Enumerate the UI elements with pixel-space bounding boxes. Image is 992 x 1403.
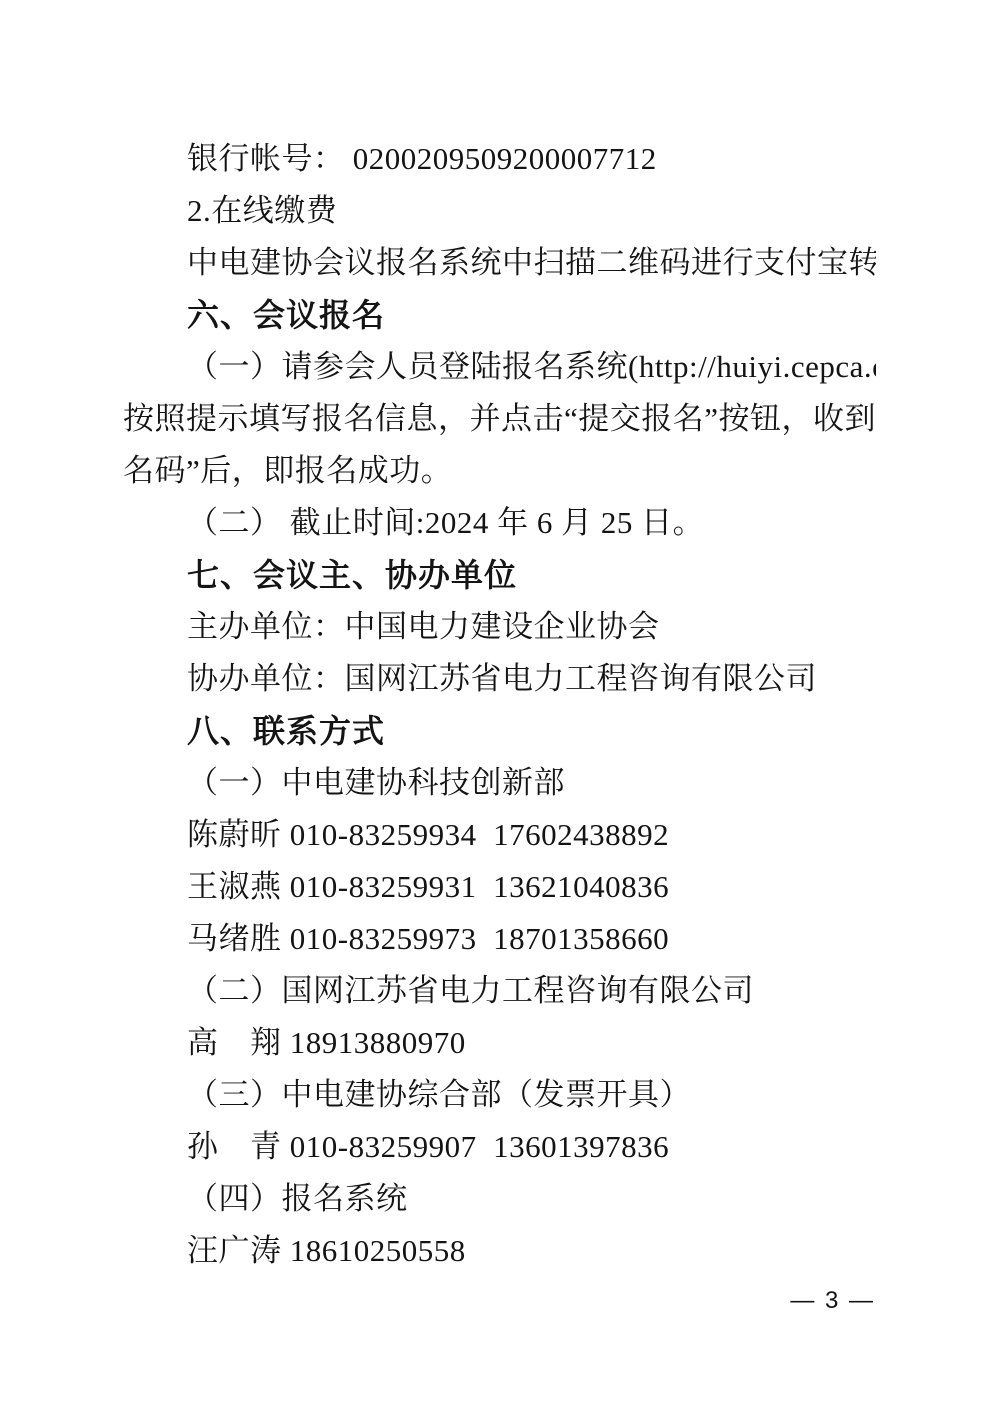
- bank-account-line: 银行帐号： 0200209509200007712: [123, 133, 876, 185]
- contact-group-2-title: （二）国网江苏省电力工程咨询有限公司: [123, 965, 876, 1017]
- page-footer: — 3 —: [790, 1286, 875, 1316]
- online-payment-desc: 中电建协会议报名系统中扫描二维码进行支付宝转账。: [123, 237, 876, 289]
- registration-step-line-3: 名码”后，即报名成功。: [123, 445, 876, 497]
- section-6-heading: 六、会议报名: [123, 289, 876, 341]
- document-body: 银行帐号： 0200209509200007712 2.在线缴费 中电建协会议报…: [123, 133, 876, 1277]
- contact-group-4-title: （四）报名系统: [123, 1173, 876, 1225]
- contact-group-3-title: （三）中电建协综合部（发票开具）: [123, 1069, 876, 1121]
- contact-person-line: 汪广涛 18610250558: [123, 1225, 876, 1277]
- section-7-heading: 七、会议主、协办单位: [123, 549, 876, 601]
- contact-person-line: 马绪胜 010-83259973 18701358660: [123, 913, 876, 965]
- co-organizer-unit-line: 协办单位：国网江苏省电力工程咨询有限公司: [123, 653, 876, 705]
- document-page: 银行帐号： 0200209509200007712 2.在线缴费 中电建协会议报…: [0, 0, 992, 1403]
- registration-step-line-1: （一）请参会人员登陆报名系统(http://huiyi.cepca.org.cn…: [123, 341, 876, 393]
- registration-deadline-line: （二） 截止时间:2024 年 6 月 25 日。: [123, 497, 876, 549]
- contact-group-1-title: （一）中电建协科技创新部: [123, 757, 876, 809]
- host-unit-line: 主办单位：中国电力建设企业协会: [123, 601, 876, 653]
- contact-person-line: 高 翔 18913880970: [123, 1017, 876, 1069]
- online-payment-item: 2.在线缴费: [123, 185, 876, 237]
- contact-person-line: 王淑燕 010-83259931 13621040836: [123, 861, 876, 913]
- contact-person-line: 陈蔚昕 010-83259934 17602438892: [123, 809, 876, 861]
- registration-step-line-2: 按照提示填写报名信息，并点击“提交报名”按钮，收到短信“报: [123, 393, 876, 445]
- section-8-heading: 八、联系方式: [123, 705, 876, 757]
- contact-person-line: 孙 青 010-83259907 13601397836: [123, 1121, 876, 1173]
